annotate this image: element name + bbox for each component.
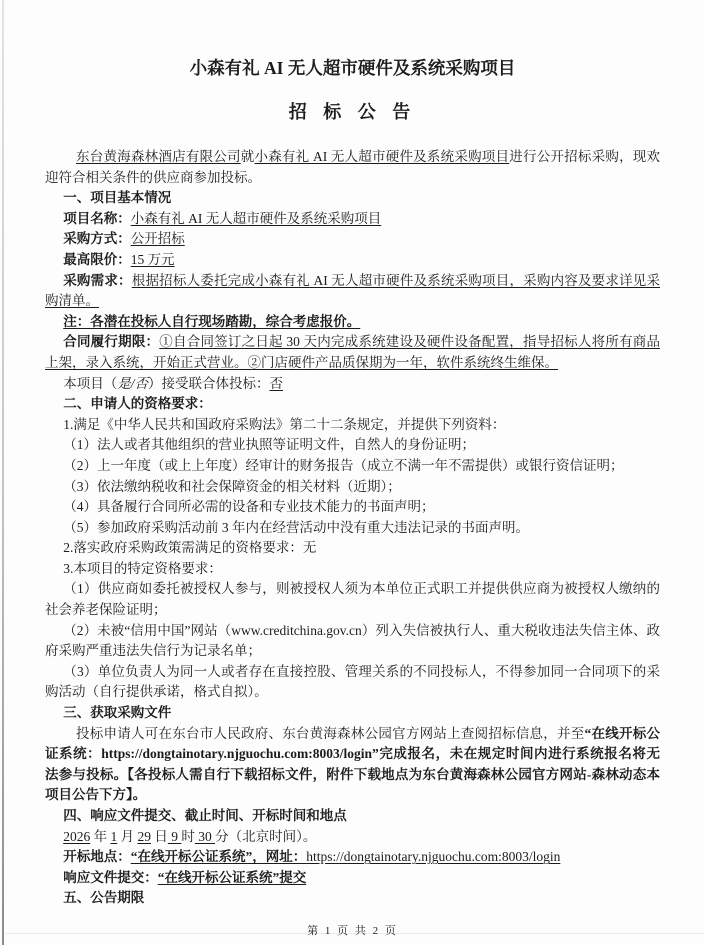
doc-paragraph: 合同履行期限：①自合同签订之日起 30 天内完成系统建设及硬件设备配置，指导招标…: [45, 332, 660, 373]
doc-paragraph: 注：各潜在投标人自行现场踏勘，综合考虑报价。: [45, 312, 660, 333]
doc-paragraph: 1.满足《中华人民共和国政府采购法》第二十二条规定，并提供下列资料：: [45, 415, 660, 436]
text-segment: 东台黄海森林酒店有限公司: [76, 149, 241, 164]
doc-paragraph: 2026 年 1 月 29 日 9 时 30 分（北京时间）。: [45, 827, 660, 848]
text-segment: 29: [137, 829, 151, 844]
text-segment: 年: [90, 829, 110, 844]
doc-paragraph: （2）上一年度（或上上年度）经审计的财务报告（成立不满一年不需提供）或银行资信证…: [45, 456, 660, 477]
text-segment: 日: [151, 829, 168, 844]
doc-body: 东台黄海森林酒店有限公司就小森有礼 AI 无人超市硬件及系统采购项目进行公开招标…: [45, 147, 660, 909]
text-segment: 2026: [63, 829, 90, 844]
text-segment: 时: [181, 829, 195, 844]
text-segment: 30: [195, 829, 215, 844]
doc-paragraph: 投标申请人可在东台市人民政府、东台黄海森林公园官方网站上查阅招标信息，并至“在线…: [45, 724, 660, 806]
text-segment: 采购需求：: [63, 273, 132, 288]
doc-paragraph: 最高限价：15 万元: [45, 250, 660, 271]
document-page: 小森有礼 AI 无人超市硬件及系统采购项目 招 标 公 告 东台黄海森林酒店有限…: [0, 0, 704, 938]
doc-paragraph: 响应文件提交：“在线开标公证系统”提交: [45, 868, 660, 889]
text-segment: 2.落实政府采购政策需满足的资格要求：无: [63, 540, 316, 555]
doc-paragraph: 采购方式：公开招标: [45, 229, 660, 250]
doc-paragraph: 二、申请人的资格要求：: [45, 394, 660, 415]
text-segment: 3.本项目的特定资格要求：: [63, 561, 222, 576]
doc-paragraph: （3）单位负责人为同一人或者存在直接控股、管理关系的不同投标人，不得参加同一合同…: [45, 662, 660, 703]
text-segment: 小森有礼 AI 无人超市硬件及系统采购项目: [131, 211, 382, 226]
text-segment: 9: [168, 829, 182, 844]
text-segment: 投标申请人可在东台市人民政府、东台黄海森林公园官方网站上查阅招标信息，并至: [76, 726, 585, 741]
text-segment: 公开招标: [131, 231, 185, 246]
text-segment: 项目名称：: [63, 211, 131, 226]
text-segment: （1）法人或者其他组织的营业执照等证明文件，自然人的身份证明；: [63, 437, 475, 452]
doc-paragraph: 项目名称：小森有礼 AI 无人超市硬件及系统采购项目: [45, 209, 660, 230]
text-segment: 一、项目基本情况: [63, 190, 171, 205]
text-segment: （2）未被“信用中国”网站（www.creditchina.gov.cn）列入失…: [45, 623, 660, 659]
doc-paragraph: 四、响应文件提交、截止时间、开标时间和地点: [45, 806, 660, 827]
doc-paragraph: （2）未被“信用中国”网站（www.creditchina.gov.cn）列入失…: [45, 621, 660, 662]
doc-paragraph: 采购需求：根据招标人委托完成小森有礼 AI 无人超市硬件及系统采购项目，采购内容…: [45, 271, 660, 312]
text-segment: 本项目（: [63, 376, 117, 391]
doc-paragraph: 2.落实政府采购政策需满足的资格要求：无: [45, 538, 660, 559]
doc-paragraph: 开标地点：“在线开标公证系统”，网址：https://dongtainotary…: [45, 847, 660, 868]
text-segment: 二、申请人的资格要求：: [63, 396, 212, 411]
text-segment: 根据招标人委托完成小森有礼 AI 无人超市硬件及系统采购项目，采购内容及要求详见…: [45, 273, 660, 309]
text-segment: “在线开标公证系统”，网址：: [131, 849, 307, 864]
doc-paragraph: （3）依法缴纳税收和社会保障资金的相关材料（近期）；: [45, 477, 660, 498]
text-segment: 开标地点：: [63, 849, 131, 864]
text-segment: 三、获取采购文件: [63, 705, 171, 720]
text-segment: （5）参加政府采购活动前 3 年内在经营活动中没有重大违法记录的书面声明。: [63, 520, 529, 535]
text-segment: （2）上一年度（或上上年度）经审计的财务报告（成立不满一年不需提供）或银行资信证…: [63, 458, 623, 473]
text-segment: 采购方式：: [63, 231, 131, 246]
text-segment: （1）供应商如委托被授权人参与，则被授权人须为本单位正式职工并提供供应商为被授权…: [45, 581, 660, 617]
text-segment: https://dongtainotary.njguochu.com:8003/…: [306, 849, 560, 864]
text-segment: 月: [117, 829, 137, 844]
text-segment: 四、响应文件提交、截止时间、开标时间和地点: [63, 808, 347, 823]
doc-paragraph: （1）法人或者其他组织的营业执照等证明文件，自然人的身份证明；: [45, 435, 660, 456]
text-segment: （3）单位负责人为同一人或者存在直接控股、管理关系的不同投标人，不得参加同一合同…: [45, 664, 660, 700]
text-segment: ）接受联合体投标：: [148, 376, 270, 391]
doc-paragraph: 东台黄海森林酒店有限公司就小森有礼 AI 无人超市硬件及系统采购项目进行公开招标…: [45, 147, 660, 188]
text-segment: 合同履行期限：: [63, 334, 159, 349]
text-segment: 是/否: [117, 376, 148, 391]
text-segment: 注：各潜在投标人自行现场踏勘，综合考虑报价。: [63, 314, 360, 329]
doc-paragraph: 五、公告期限: [45, 888, 660, 909]
text-segment: （3）依法缴纳税收和社会保障资金的相关材料（近期）；: [63, 479, 401, 494]
text-segment: 响应文件提交：: [63, 870, 158, 885]
text-segment: 最高限价：: [63, 252, 131, 267]
text-segment: 分（北京时间）。: [215, 829, 316, 844]
doc-paragraph: （5）参加政府采购活动前 3 年内在经营活动中没有重大违法记录的书面声明。: [45, 518, 660, 539]
doc-paragraph: 一、项目基本情况: [45, 188, 660, 209]
doc-paragraph: （4）具备履行合同所必需的设备和专业技术能力的书面声明；: [45, 497, 660, 518]
document-title: 小森有礼 AI 无人超市硬件及系统采购项目: [45, 56, 660, 80]
doc-paragraph: 三、获取采购文件: [45, 703, 660, 724]
text-segment: “在线开标公证系统”提交: [158, 870, 307, 885]
text-segment: 就: [241, 149, 255, 164]
announcement-heading: 招 标 公 告: [45, 100, 660, 124]
text-segment: 1.满足《中华人民共和国政府采购法》第二十二条规定，并提供下列资料：: [63, 417, 505, 432]
page-number-footer: 第 1 页 共 2 页: [45, 922, 660, 938]
text-segment: 15 万元: [131, 252, 175, 267]
text-segment: 否: [269, 376, 283, 391]
text-segment: 五、公告期限: [63, 890, 144, 905]
text-segment: 小森有礼 AI 无人超市硬件及系统采购项目: [254, 149, 509, 164]
text-segment: （4）具备履行合同所必需的设备和专业技术能力的书面声明；: [63, 499, 434, 514]
doc-paragraph: 3.本项目的特定资格要求：: [45, 559, 660, 580]
doc-paragraph: （1）供应商如委托被授权人参与，则被授权人须为本单位正式职工并提供供应商为被授权…: [45, 579, 660, 620]
doc-paragraph: 本项目（是/否）接受联合体投标：否: [45, 374, 660, 395]
